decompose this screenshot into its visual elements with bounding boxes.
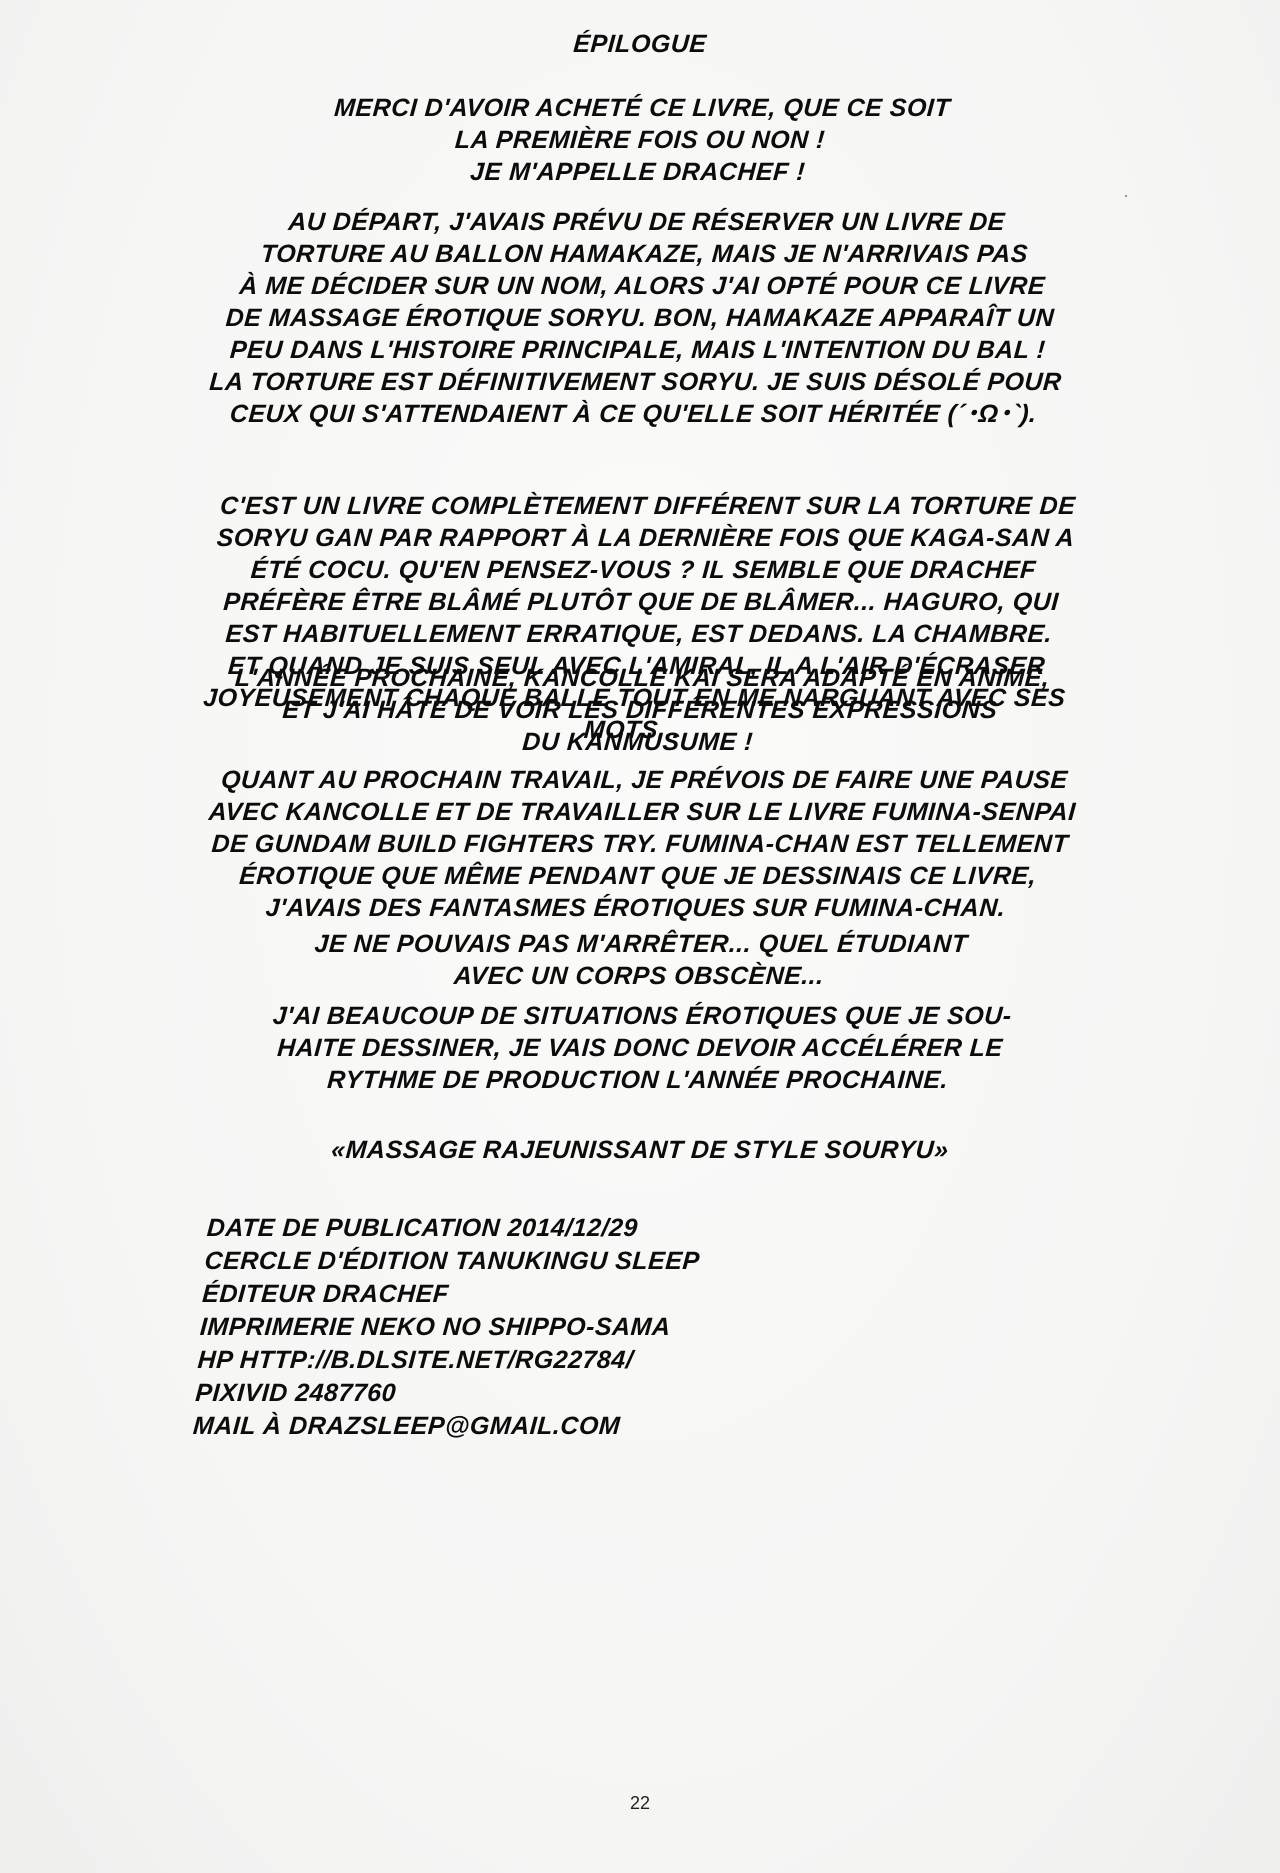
text-line: de massage érotique Soryu. Bon, Hamakaze… [0, 302, 1280, 334]
text-line: Je m'appelle Drachef ! [0, 156, 1279, 188]
text-line: Quant au prochain travail, je prévois de… [3, 764, 1280, 796]
paragraph-origin: Au départ, j'avais prévu de réserver un … [0, 206, 1280, 430]
text-line: avec Kancolle et de travailler sur le li… [1, 796, 1280, 828]
text-line: j'avais des fantasmes érotiques sur Fumi… [0, 892, 1277, 924]
paragraph-anime: L'année prochaine, Kancolle Kai sera ada… [0, 662, 1280, 758]
paragraph-production: J'ai beaucoup de situations érotiques qu… [0, 1000, 1280, 1096]
text-line: rythme de production l'année prochaine. [0, 1064, 1279, 1096]
paragraph-next-work: Quant au prochain travail, je prévois de… [0, 764, 1280, 924]
colophon-editor: Éditeur Drachef [201, 1278, 698, 1311]
text-line: Soryu Gan par rapport à la dernière fois… [4, 522, 1280, 554]
colophon-publication-date: Date de publication 2014/12/29 [206, 1212, 703, 1245]
text-line: Au départ, j'avais prévu de réserver un … [6, 206, 1280, 238]
text-line: érotique que même pendant que je dessina… [0, 860, 1279, 892]
text-line: J'ai beaucoup de situations érotiques qu… [1, 1000, 1280, 1032]
colophon-printer: Imprimerie Neko no Shippo-sama [199, 1311, 696, 1344]
scan-speck [1125, 195, 1127, 197]
text-line: ceux qui s'attendaient à ce qu'elle soit… [0, 398, 1274, 430]
text-line: C'est un livre complètement différent su… [7, 490, 1280, 522]
text-line: Je ne pouvais pas m'arrêter... Quel étud… [0, 928, 1280, 960]
paragraph-greeting: Merci d'avoir acheté ce livre, que ce so… [0, 92, 1280, 188]
page-title: Épilogue [0, 30, 1280, 59]
text-line: de Gundam Build Fighters Try. Fumina-cha… [0, 828, 1280, 860]
paragraph-cant-stop: Je ne pouvais pas m'arrêter... Quel étud… [0, 928, 1280, 992]
text-line: préfère être blâmé plutôt que de blâmer.… [0, 586, 1280, 618]
text-line: et j'ai hâte de voir les différentes exp… [0, 694, 1280, 726]
colophon: Date de publication 2014/12/29 Cercle d'… [192, 1212, 703, 1443]
colophon-homepage: HP http://b.dlsite.net/RG22784/ [197, 1344, 694, 1377]
colophon-email: Mail à drazsleep@gmail.com [192, 1410, 689, 1443]
book-title-quote: «Massage rajeunissant de style Souryu» [0, 1134, 1280, 1166]
text-line: à me décider sur un nom, alors j'ai opté… [1, 270, 1280, 302]
text-line: haite dessiner, je vais donc devoir accé… [0, 1032, 1280, 1064]
scan-speck [405, 900, 407, 902]
page-number: 22 [0, 1793, 1280, 1814]
scanned-page: Épilogue Merci d'avoir acheté ce livre, … [0, 0, 1280, 1873]
text-line: La torture est définitivement Soryu. Je … [0, 366, 1277, 398]
text-line: est habituellement erratique, est dedans… [0, 618, 1280, 650]
text-line: la première fois ou non ! [0, 124, 1280, 156]
text-line: du Kanmusume ! [0, 726, 1279, 758]
text-line: été cocu. Qu'en pensez-vous ? Il semble … [2, 554, 1280, 586]
text-line: L'année prochaine, Kancolle Kai sera ada… [1, 662, 1280, 694]
text-line: Merci d'avoir acheté ce livre, que ce so… [1, 92, 1280, 124]
colophon-pixiv-id: PixivID 2487760 [194, 1377, 691, 1410]
text-line: torture au ballon Hamakaze, mais je n'ar… [3, 238, 1280, 270]
text-line: peu dans l'histoire principale, mais l'i… [0, 334, 1279, 366]
text-line: avec un corps obscène... [0, 960, 1280, 992]
colophon-circle: Cercle d'édition Tanukingu Sleep [203, 1245, 700, 1278]
